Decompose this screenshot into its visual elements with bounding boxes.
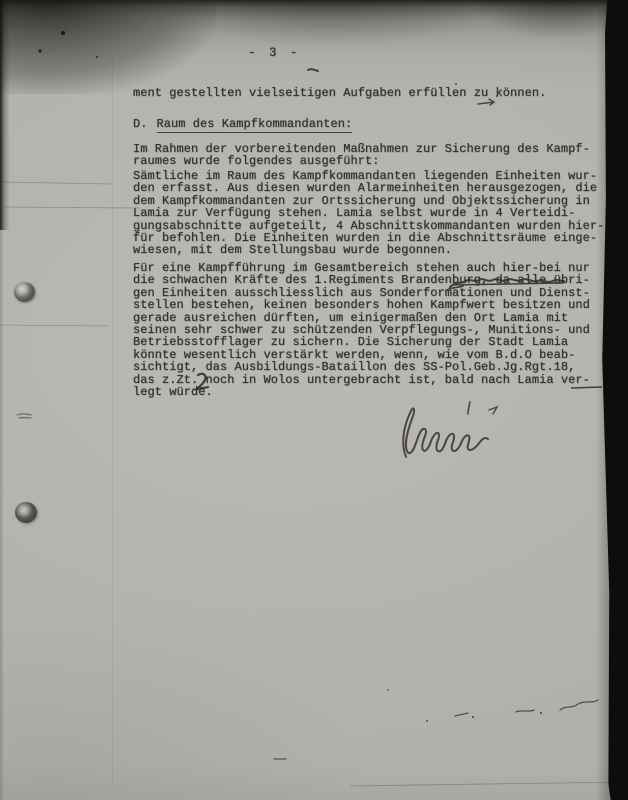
- carryover-line: ment gestellten vielseitigen Aufgaben er…: [133, 87, 546, 99]
- scan-left-edge-shadow: [0, 0, 10, 230]
- handwritten-dash-mark: [308, 69, 318, 71]
- signature-handwriting: [403, 402, 497, 457]
- scan-left-edge-faint: [0, 0, 4, 800]
- punch-hole-top: [14, 282, 35, 302]
- fold-crease-vertical: [112, 55, 113, 785]
- scanned-document-page: - 3 - ment gestellten vielseitigen Aufga…: [0, 0, 628, 800]
- section-heading-prefix: D.: [133, 117, 148, 131]
- paragraph-measures: Sämtliche im Raum des Kampfkommandanten …: [133, 170, 604, 257]
- paragraph-forces: Für eine Kampfführung im Gesamtbereich s…: [133, 262, 590, 398]
- page-number: - 3 -: [248, 47, 301, 59]
- ink-smudges-bottom: [274, 689, 598, 759]
- scan-top-middle-shadow: [140, 0, 520, 48]
- punch-hole-bottom: [15, 502, 37, 523]
- scan-top-left-shadow: [0, 0, 216, 94]
- scan-right-black-edge: [600, 0, 628, 800]
- ink-smudge-left: [17, 414, 31, 418]
- scan-top-shadow: [0, 0, 628, 95]
- section-heading: D.Raum des Kampfkommandanten:: [133, 118, 352, 130]
- paragraph-intro: Im Rahmen der vorbereitenden Maßnahmen z…: [133, 143, 590, 168]
- scan-top-right-shadow: [470, 0, 620, 40]
- section-heading-title: Raum des Kampfkommandanten:: [157, 117, 353, 133]
